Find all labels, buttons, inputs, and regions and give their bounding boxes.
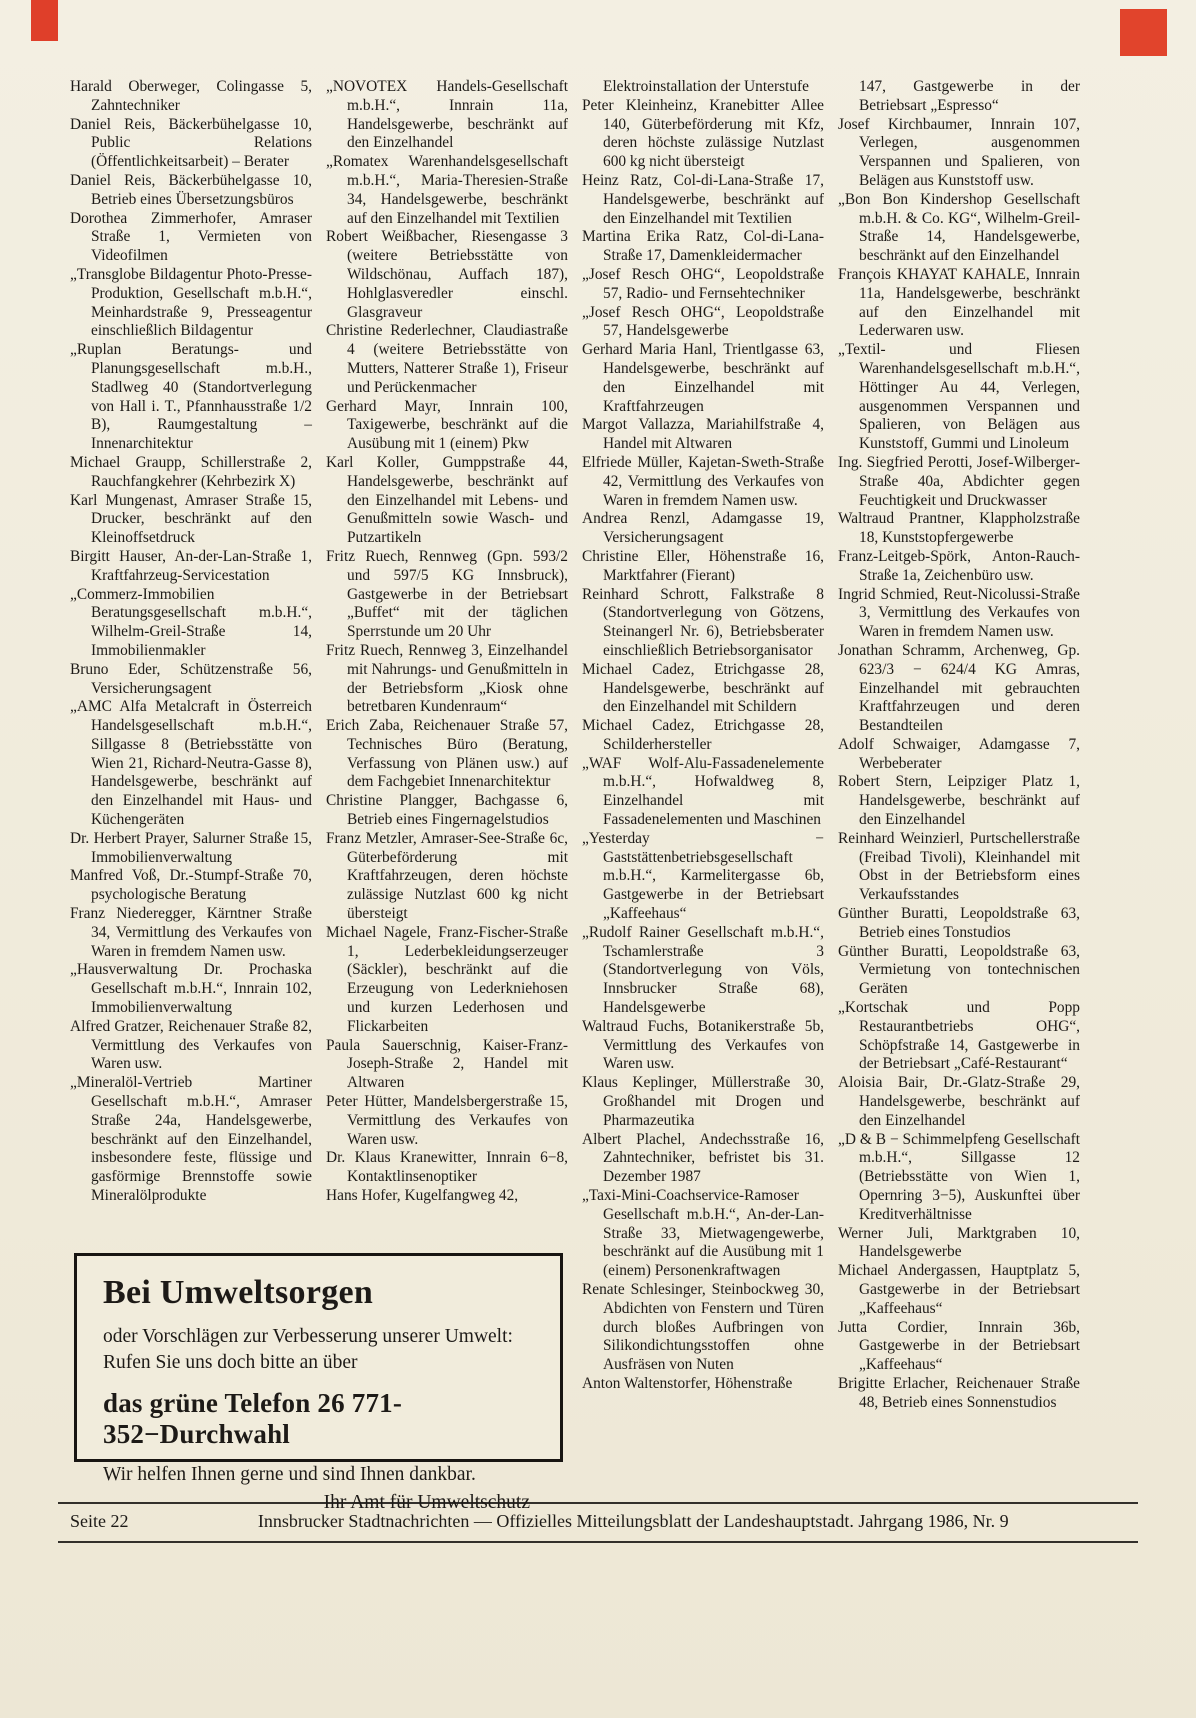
directory-entry: Elektroinstallation der Unterstufe bbox=[582, 78, 824, 97]
directory-entry: Waltraud Fuchs, Botanikerstraße 5b, Verm… bbox=[582, 1018, 824, 1074]
directory-entry: „Commerz-Immobilien Beratungsgesellschaf… bbox=[70, 586, 312, 661]
directory-entry: „NOVOTEX Handels-Gesellschaft m.b.H.“, I… bbox=[326, 78, 568, 153]
ad-line-3: Wir helfen Ihnen gerne und sind Ihnen da… bbox=[103, 1462, 536, 1488]
directory-entry: Andrea Renzl, Adamgasse 19, Versicherung… bbox=[582, 510, 824, 548]
directory-entry: „Josef Resch OHG“, Leopoldstraße 57, Han… bbox=[582, 304, 824, 342]
directory-entry: „WAF Wolf-Alu-Fassadenelemente m.b.H.“, … bbox=[582, 755, 824, 830]
directory-entry: Fritz Ruech, Rennweg (Gpn. 593/2 und 597… bbox=[326, 548, 568, 642]
directory-entry: Karl Koller, Gumppstraße 44, Handelsgewe… bbox=[326, 454, 568, 548]
directory-entry: Manfred Voß, Dr.-Stumpf-Straße 70, psych… bbox=[70, 867, 312, 905]
directory-column-1: Harald Oberweger, Colingasse 5, Zahntech… bbox=[70, 78, 312, 1413]
directory-entry: „Mineralöl-Vertrieb Martiner Gesellschaf… bbox=[70, 1074, 312, 1206]
directory-entry: Dr. Herbert Prayer, Salurner Straße 15, … bbox=[70, 830, 312, 868]
directory-entry: Dorothea Zimmerhofer, Amraser Straße 1, … bbox=[70, 210, 312, 266]
directory-entry: „Bon Bon Kindershop Gesellschaft m.b.H. … bbox=[838, 191, 1080, 266]
directory-entry: Gerhard Mayr, Innrain 100, Taxigewerbe, … bbox=[326, 398, 568, 454]
directory-entry: Heinz Ratz, Col-di-Lana-Straße 17, Hande… bbox=[582, 172, 824, 228]
directory-entry: 147, Gastgewerbe in der Betriebsart „Esp… bbox=[838, 78, 1080, 116]
directory-entry: „Kortschak und Popp Restaurantbetriebs O… bbox=[838, 999, 1080, 1074]
directory-entry: Michael Cadez, Etrichgasse 28, Schilderh… bbox=[582, 717, 824, 755]
ad-phone-line: das grüne Telefon 26 771-352−Durchwahl bbox=[103, 1388, 536, 1450]
directory-entry: Christine Rederlechner, Claudiastraße 4 … bbox=[326, 322, 568, 397]
directory-entry: Christine Plangger, Bachgasse 6, Betrieb… bbox=[326, 792, 568, 830]
directory-entry: Brigitte Erlacher, Reichenauer Straße 48… bbox=[838, 1375, 1080, 1413]
directory-entry: Hans Hofer, Kugelfangweg 42, bbox=[326, 1187, 568, 1206]
directory-entry: Christine Eller, Höhenstraße 16, Marktfa… bbox=[582, 548, 824, 586]
directory-entry: Daniel Reis, Bäckerbühelgasse 10, Betrie… bbox=[70, 172, 312, 210]
directory-entry: Ingrid Schmied, Reut-Nicolussi-Straße 3,… bbox=[838, 586, 1080, 642]
directory-entry: Bruno Eder, Schützenstraße 56, Versicher… bbox=[70, 661, 312, 699]
directory-entry: Michael Cadez, Etrichgasse 28, Handelsge… bbox=[582, 661, 824, 717]
directory-column-2: „NOVOTEX Handels-Gesellschaft m.b.H.“, I… bbox=[326, 78, 568, 1413]
directory-entry: Reinhard Schrott, Falkstraße 8 (Standort… bbox=[582, 586, 824, 661]
directory-entry: Anton Waltenstorfer, Höhenstraße bbox=[582, 1375, 824, 1394]
ad-line-2: Rufen Sie uns doch bitte an über bbox=[103, 1350, 536, 1376]
directory-column-3: Elektroinstallation der UnterstufePeter … bbox=[582, 78, 824, 1413]
directory-entry: Dr. Klaus Kranewitter, Innrain 6−8, Kont… bbox=[326, 1149, 568, 1187]
directory-column-4: 147, Gastgewerbe in der Betriebsart „Esp… bbox=[838, 78, 1080, 1413]
directory-entry: Elfriede Müller, Kajetan-Sweth-Straße 42… bbox=[582, 454, 824, 510]
page-number: Seite 22 bbox=[70, 1511, 129, 1532]
directory-entry: Karl Mungenast, Amraser Straße 15, Druck… bbox=[70, 492, 312, 548]
directory-entry: Klaus Keplinger, Müllerstraße 30, Großha… bbox=[582, 1074, 824, 1130]
directory-entry: Daniel Reis, Bäckerbühelgasse 10, Public… bbox=[70, 116, 312, 172]
directory-entry: Josef Kirchbaumer, Innrain 107, Verlegen… bbox=[838, 116, 1080, 191]
directory-entry: Günther Buratti, Leopoldstraße 63, Betri… bbox=[838, 905, 1080, 943]
directory-entry: Adolf Schwaiger, Adamgasse 7, Werbeberat… bbox=[838, 736, 1080, 774]
directory-entry: Fritz Ruech, Rennweg 3, Einzelhandel mit… bbox=[326, 642, 568, 717]
directory-entry: Werner Juli, Marktgraben 10, Handelsgewe… bbox=[838, 1225, 1080, 1263]
directory-entry: Renate Schlesinger, Steinbockweg 30, Abd… bbox=[582, 1281, 824, 1375]
directory-entry: Michael Graupp, Schillerstraße 2, Rauchf… bbox=[70, 454, 312, 492]
directory-entry: Franz Niederegger, Kärntner Straße 34, V… bbox=[70, 905, 312, 961]
directory-entry: Franz Metzler, Amraser-See-Straße 6c, Gü… bbox=[326, 830, 568, 924]
directory-entry: François KHAYAT KAHALE, Innrain 11a, Han… bbox=[838, 266, 1080, 341]
publication-line: Innsbrucker Stadtnachrichten — Offiziell… bbox=[129, 1511, 1139, 1532]
newspaper-page: Harald Oberweger, Colingasse 5, Zahntech… bbox=[0, 0, 1196, 1718]
ad-line-1: oder Vorschlägen zur Verbesserung unsere… bbox=[103, 1324, 536, 1350]
directory-entry: „D & B − Schimmelpfeng Gesellschaft m.b.… bbox=[838, 1131, 1080, 1225]
directory-entry: Waltraud Prantner, Klappholzstraße 18, K… bbox=[838, 510, 1080, 548]
directory-entry: Reinhard Weinzierl, Purtschellerstraße (… bbox=[838, 830, 1080, 905]
directory-entry: „Yesterday − Gaststättenbetriebsgesellsc… bbox=[582, 830, 824, 924]
umweltschutz-ad-box: Bei Umweltsorgen oder Vorschlägen zur Ve… bbox=[74, 1253, 563, 1462]
directory-entry: Michael Nagele, Franz-Fischer-Straße 1, … bbox=[326, 924, 568, 1037]
directory-entry: Erich Zaba, Reichenauer Straße 57, Techn… bbox=[326, 717, 568, 792]
directory-entry: Martina Erika Ratz, Col-di-Lana-Straße 1… bbox=[582, 228, 824, 266]
directory-columns: Harald Oberweger, Colingasse 5, Zahntech… bbox=[70, 78, 1082, 1413]
directory-entry: Ing. Siegfried Perotti, Josef-Wilberger-… bbox=[838, 454, 1080, 510]
directory-entry: „Ruplan Beratungs- und Planungsgesellsch… bbox=[70, 341, 312, 454]
directory-entry: „Transglobe Bildagentur Photo-Presse-Pro… bbox=[70, 266, 312, 341]
directory-entry: Peter Hütter, Mandelsbergerstraße 15, Ve… bbox=[326, 1093, 568, 1149]
directory-entry: „Rudolf Rainer Gesellschaft m.b.H.“, Tsc… bbox=[582, 924, 824, 1018]
print-registration-mark-top-left bbox=[31, 0, 58, 41]
directory-entry: Robert Weißbacher, Riesengasse 3 (weiter… bbox=[326, 228, 568, 322]
directory-entry: Jonathan Schramm, Archenweg, Gp. 623/3 −… bbox=[838, 642, 1080, 736]
directory-entry: Peter Kleinheinz, Kranebitter Allee 140,… bbox=[582, 97, 824, 172]
directory-entry: Alfred Gratzer, Reichenauer Straße 82, V… bbox=[70, 1018, 312, 1074]
directory-entry: Michael Andergassen, Hauptplatz 5, Gastg… bbox=[838, 1262, 1080, 1318]
directory-entry: Birgitt Hauser, An-der-Lan-Straße 1, Kra… bbox=[70, 548, 312, 586]
directory-entry: „Romatex Warenhandelsgesellschaft m.b.H.… bbox=[326, 153, 568, 228]
directory-entry: „Textil- und Fliesen Warenhandelsgesells… bbox=[838, 341, 1080, 454]
directory-entry: Harald Oberweger, Colingasse 5, Zahntech… bbox=[70, 78, 312, 116]
directory-entry: „Hausverwaltung Dr. Prochaska Gesellscha… bbox=[70, 961, 312, 1017]
directory-entry: Franz-Leitgeb-Spörk, Anton-Rauch-Straße … bbox=[838, 548, 1080, 586]
directory-entry: Margot Vallazza, Mariahilfstraße 4, Hand… bbox=[582, 416, 824, 454]
directory-entry: Albert Plachel, Andechsstraße 16, Zahnte… bbox=[582, 1131, 824, 1187]
directory-entry: „Taxi-Mini-Coachservice-Ramoser Gesellsc… bbox=[582, 1187, 824, 1281]
ad-heading: Bei Umweltsorgen bbox=[103, 1274, 536, 1312]
directory-entry: Gerhard Maria Hanl, Trientlgasse 63, Han… bbox=[582, 341, 824, 416]
directory-entry: Robert Stern, Leipziger Platz 1, Handels… bbox=[838, 773, 1080, 829]
directory-entry: „Josef Resch OHG“, Leopoldstraße 57, Rad… bbox=[582, 266, 824, 304]
directory-entry: Günther Buratti, Leopoldstraße 63, Vermi… bbox=[838, 943, 1080, 999]
print-registration-mark-top-right bbox=[1120, 9, 1167, 56]
directory-entry: Paula Sauerschnig, Kaiser-Franz-Joseph-S… bbox=[326, 1037, 568, 1093]
directory-entry: Aloisia Bair, Dr.-Glatz-Straße 29, Hande… bbox=[838, 1074, 1080, 1130]
ad-signature: Ihr Amt für Umweltschutz bbox=[103, 1492, 536, 1514]
directory-entry: „AMC Alfa Metalcraft in Österreich Hande… bbox=[70, 698, 312, 830]
directory-entry: Jutta Cordier, Innrain 36b, Gastgewerbe … bbox=[838, 1319, 1080, 1375]
